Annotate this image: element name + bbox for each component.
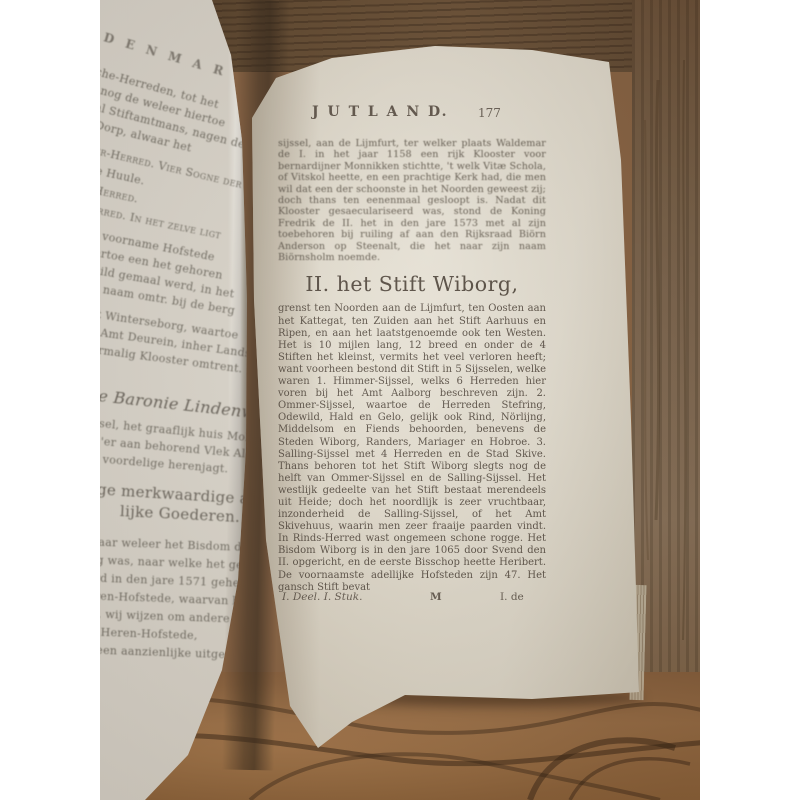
- book-photo: D E N M A R K E N.ersche-Herreden, tot h…: [100, 0, 700, 800]
- right-page-text: J U T L A N D. 177 sijssel, aan de Lijmf…: [278, 104, 546, 594]
- second-paragraph: grenst ten Noorden aan de Lijmfurt, ten …: [278, 303, 546, 593]
- page-number: 177: [478, 106, 501, 120]
- first-paragraph: sijssel, aan de Lijmfurt, ter welker pla…: [278, 138, 546, 263]
- footer-signature-mark: M: [430, 591, 442, 603]
- footer-volume-label: I. Deel. I. Stuk.: [282, 591, 362, 603]
- right-page-running-head: J U T L A N D. 177: [278, 104, 546, 130]
- page-footer: I. Deel. I. Stuk. M I. de: [278, 591, 546, 607]
- section-heading: II. het Stift Wiborg,: [278, 272, 546, 296]
- footer-catchword: I. de: [500, 591, 524, 603]
- page-header-jutland: J U T L A N D.: [312, 104, 449, 120]
- screenshot: { "colors": { "background": "#ffffff", "…: [0, 0, 800, 800]
